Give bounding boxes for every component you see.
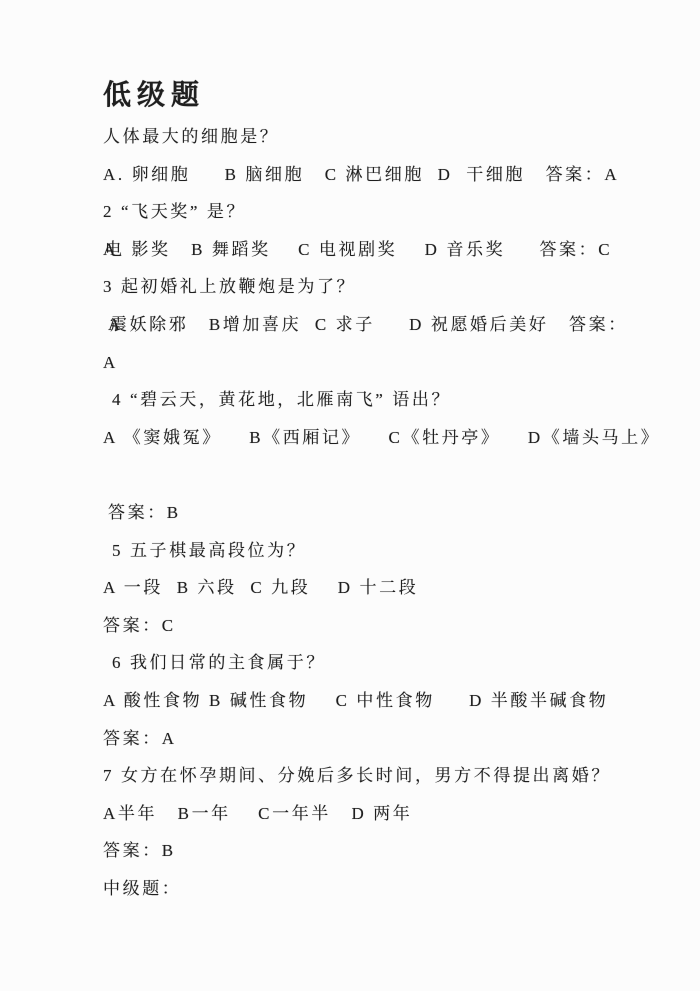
- question-4-text: 4 “碧云天，黄花地，北雁南飞” 语出？: [103, 381, 660, 419]
- overprint-letter: A: [103, 240, 118, 259]
- question-4-options: A 《窦娥冤》 B《西厢记》 C《牡丹亭》 D《墙头马上》: [103, 419, 660, 457]
- question-5-answer: 答案：C: [103, 607, 660, 645]
- question-2-options-rest: 影奖 B 舞蹈奖 C 电视剧奖 D 音乐奖 答案：C: [125, 240, 613, 259]
- question-3-options: A震妖除邪 B增加喜庆 C 求子 D 祝愿婚后美好 答案：: [103, 306, 660, 344]
- question-7-options: A半年 B一年 C一年半 D 两年: [103, 795, 660, 833]
- question-6-text: 6 我们日常的主食属于？: [103, 644, 660, 682]
- question-1-text: 人体最大的细胞是？: [103, 118, 660, 156]
- question-3-options-rest: 妖除邪 B增加喜庆 C 求子 D 祝愿婚后美好 答案：: [130, 315, 628, 334]
- question-6-answer: 答案：A: [103, 720, 660, 758]
- question-1-options: A. 卵细胞 B 脑细胞 C 淋巴细胞 D 干细胞 答案：A: [103, 156, 660, 194]
- overprint-letter: A: [108, 315, 123, 334]
- question-7-answer: 答案：B: [103, 832, 660, 870]
- question-6-options: A 酸性食物 B 碱性食物 C 中性食物 D 半酸半碱食物: [103, 682, 660, 720]
- question-4-answer: 答案：B: [103, 494, 660, 532]
- question-7-text: 7 女方在怀孕期间、分娩后多长时间，男方不得提出离婚？: [103, 757, 660, 795]
- question-5-options: A 一段 B 六段 C 九段 D 十二段: [103, 569, 660, 607]
- question-3-answer: A: [103, 344, 660, 382]
- question-2-text: 2 “飞天奖” 是？: [103, 193, 660, 231]
- question-2-options: A电 影奖 B 舞蹈奖 C 电视剧奖 D 音乐奖 答案：C: [103, 231, 660, 269]
- section-title-intermediate: 中级题：: [103, 870, 660, 908]
- question-3-text: 3 起初婚礼上放鞭炮是为了？: [103, 268, 660, 306]
- page-title: 低级题: [103, 74, 660, 118]
- question-5-text: 5 五子棋最高段位为？: [103, 532, 660, 570]
- document-page: 低级题 人体最大的细胞是？ A. 卵细胞 B 脑细胞 C 淋巴细胞 D 干细胞 …: [0, 0, 700, 991]
